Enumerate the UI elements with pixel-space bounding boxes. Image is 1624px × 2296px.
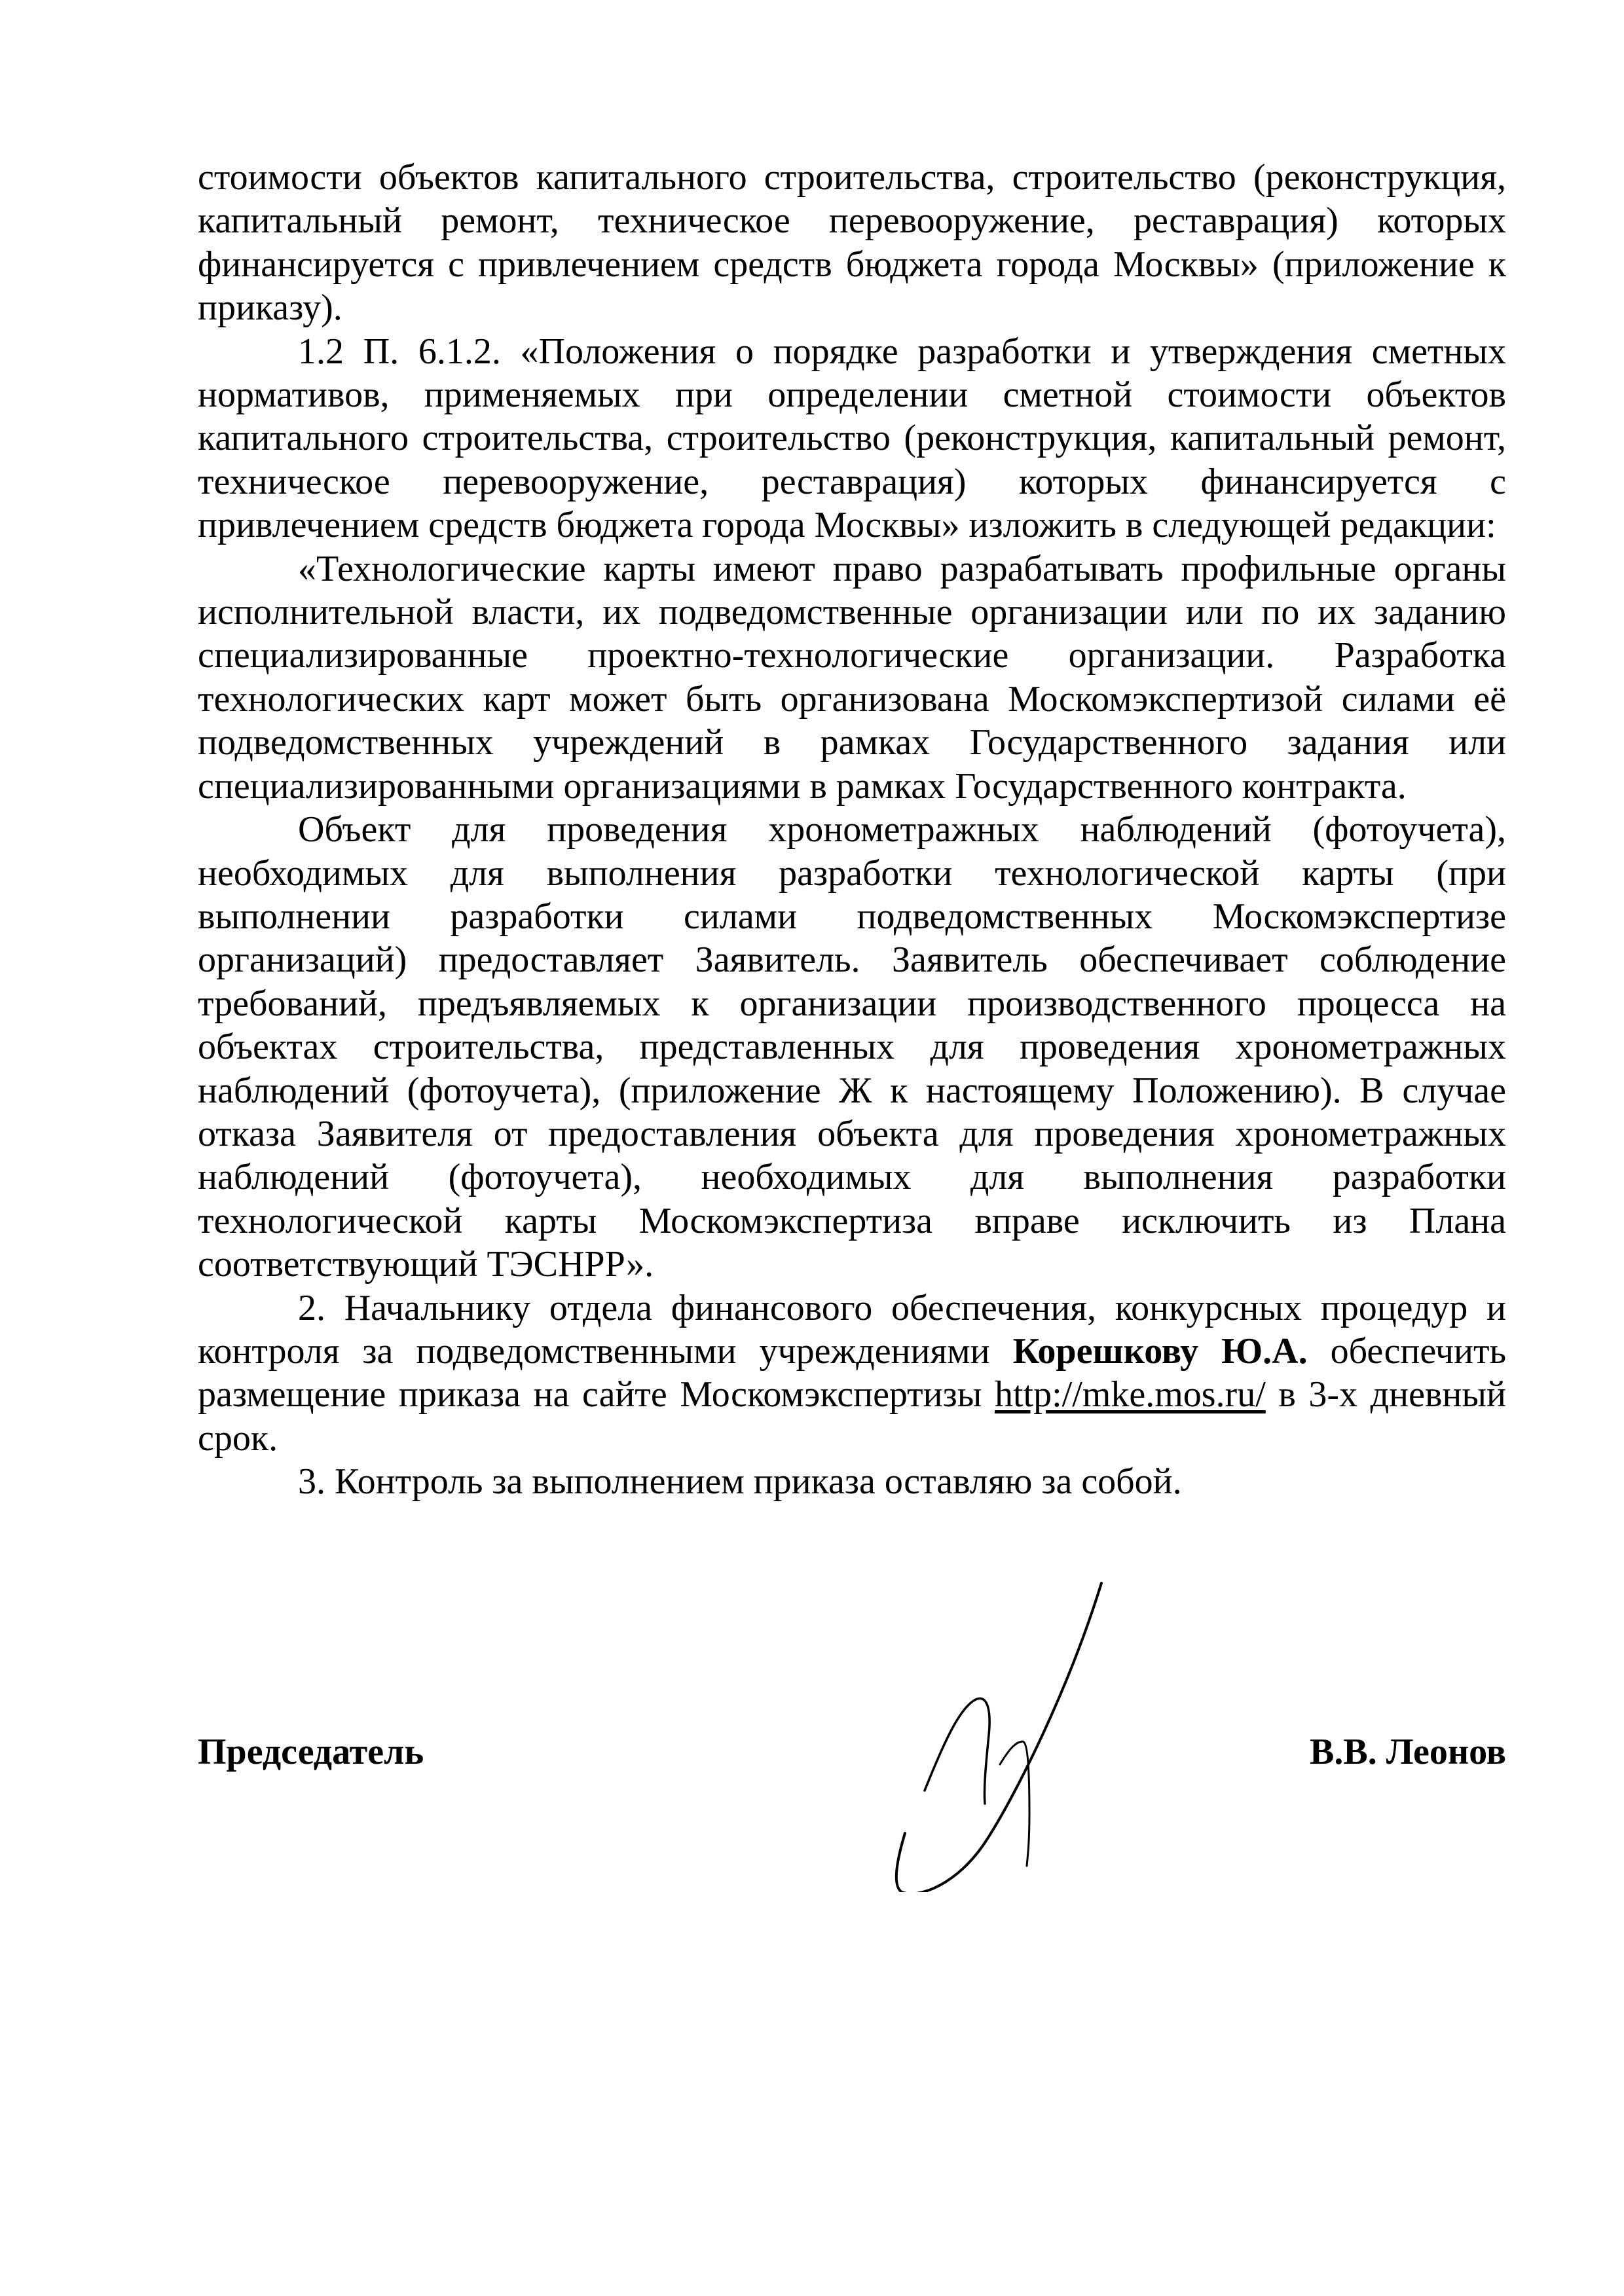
document-body: стоимости объектов капитального строител… bbox=[198, 156, 1506, 1504]
responsible-person-name: Корешкову Ю.А. bbox=[1013, 1331, 1308, 1372]
paragraph-object-provision: Объект для проведения хронометражных наб… bbox=[198, 808, 1506, 1286]
signatory-title: Председатель bbox=[198, 1731, 424, 1773]
paragraph-item-1-2: 1.2 П. 6.1.2. «Положения о порядке разра… bbox=[198, 330, 1506, 547]
handwritten-signature-icon bbox=[820, 1578, 1246, 1892]
website-link[interactable]: http://mke.mos.ru/ bbox=[995, 1374, 1266, 1415]
paragraph-quoted-tech-cards: «Технологические карты имеют право разра… bbox=[198, 547, 1506, 808]
signature-block: Председатель В.В. Леонов bbox=[198, 1702, 1506, 1833]
signatory-name: В.В. Леонов bbox=[1310, 1731, 1506, 1773]
paragraph-item-2: 2. Начальнику отдела финансового обеспеч… bbox=[198, 1286, 1506, 1461]
document-page: стоимости объектов капитального строител… bbox=[0, 0, 1624, 2296]
paragraph-continuation: стоимости объектов капитального строител… bbox=[198, 156, 1506, 330]
paragraph-item-3: 3. Контроль за выполнением приказа остав… bbox=[198, 1460, 1506, 1503]
